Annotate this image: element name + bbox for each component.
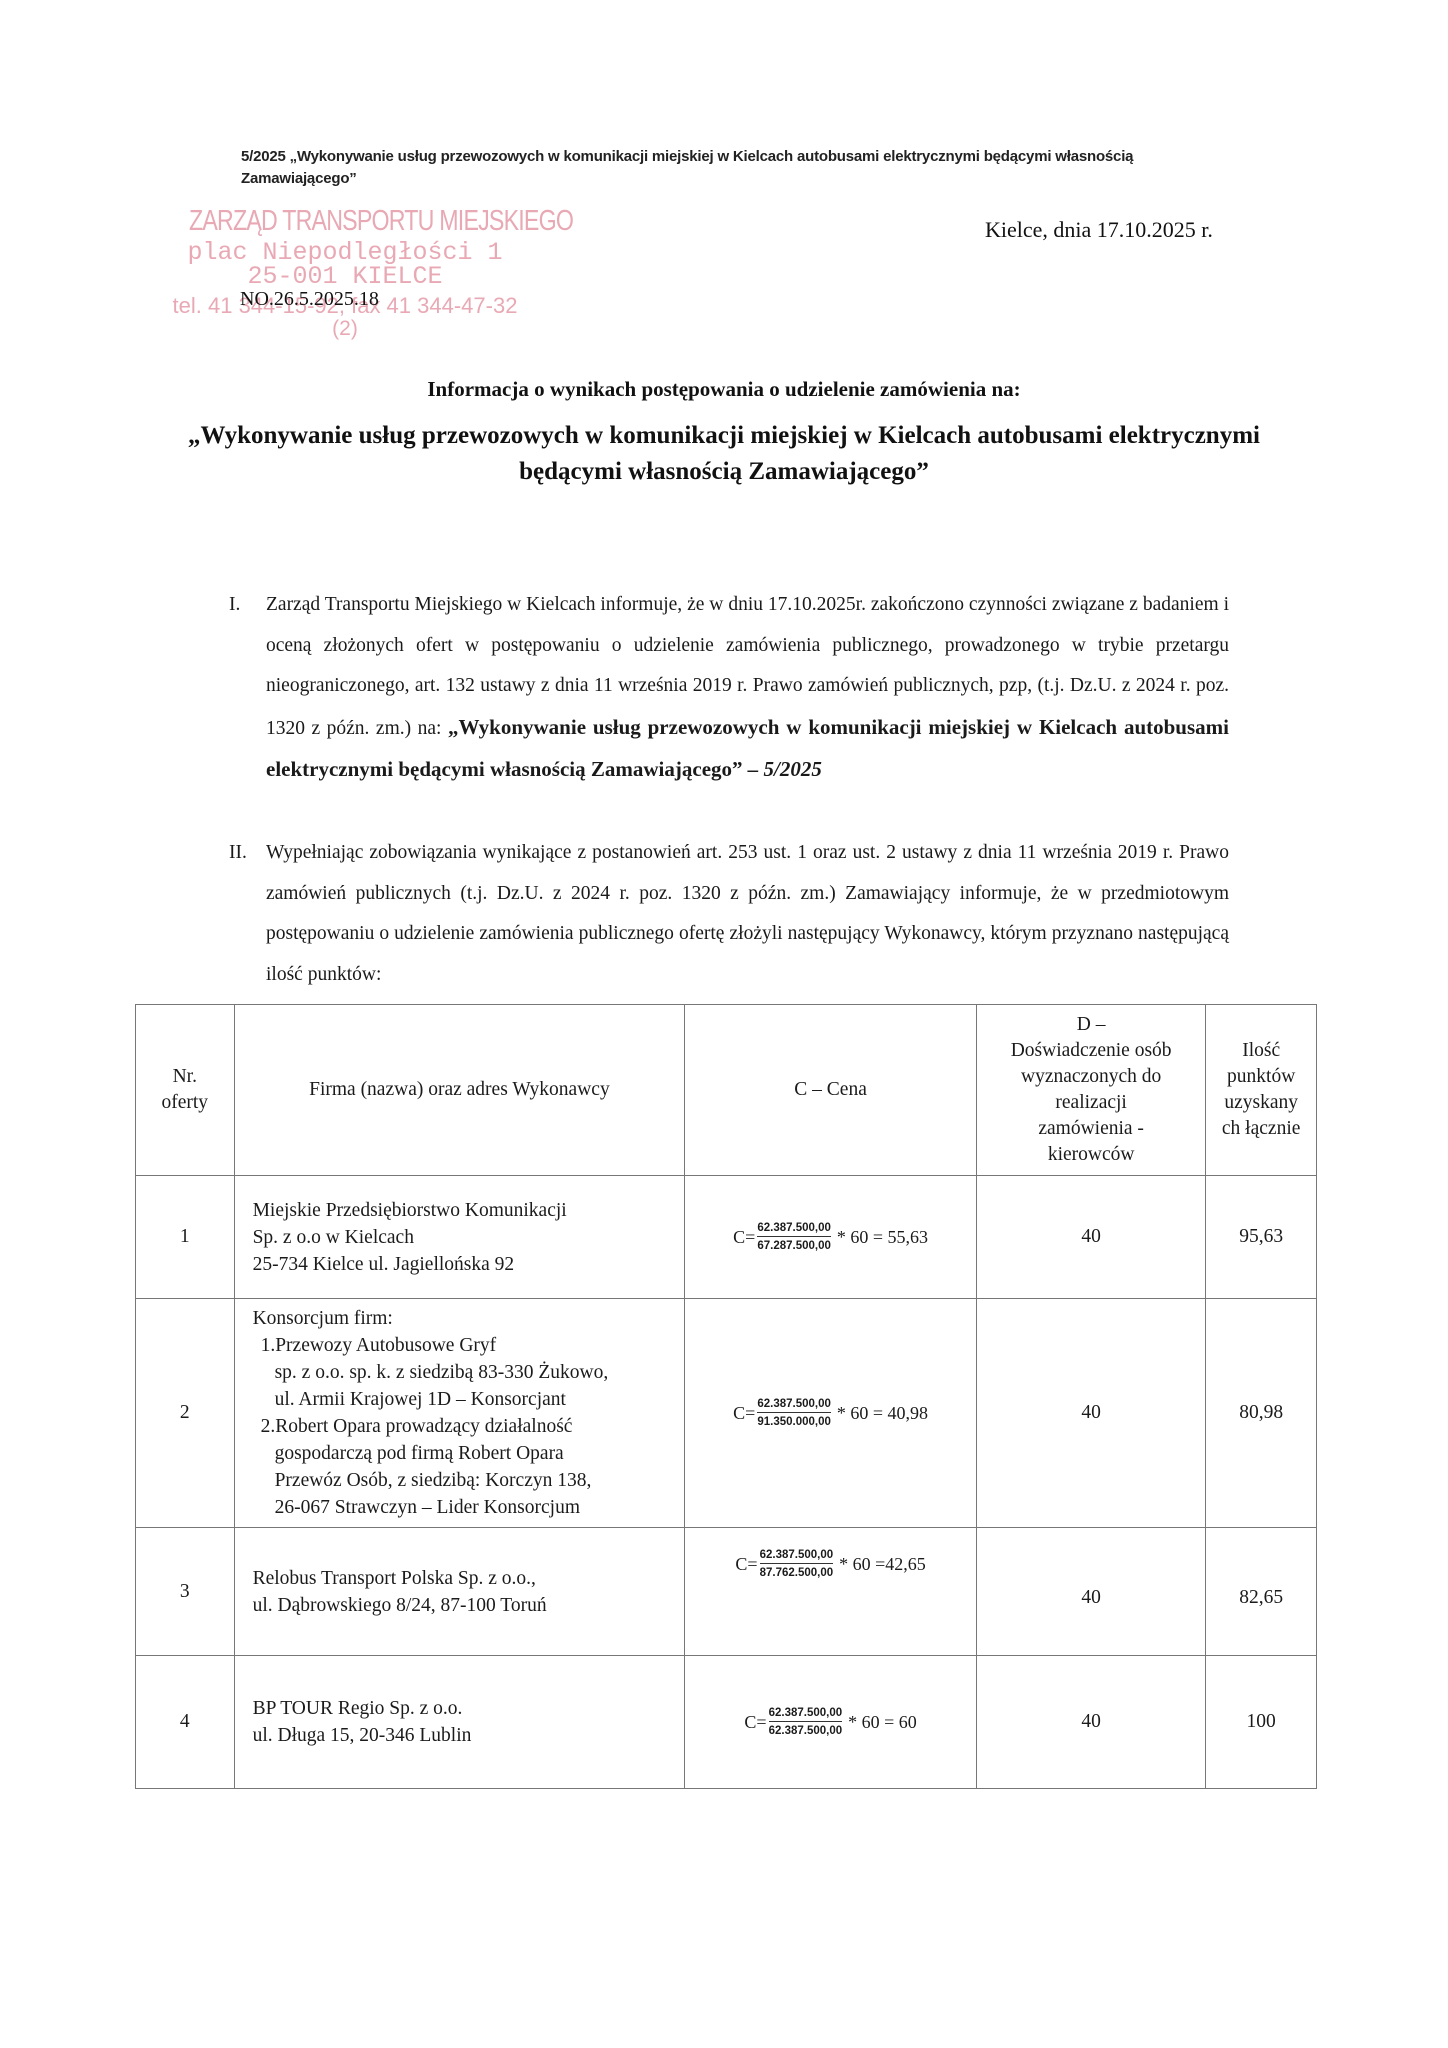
stamp-organization: ZARZĄD TRANSPORTU MIEJSKIEGO (189, 206, 501, 236)
header-price: C – Cena (685, 1005, 977, 1176)
table-row: 4BP TOUR Regio Sp. z o.o.ul. Długa 15, 2… (136, 1656, 1317, 1789)
sum-line: punktów (1210, 1064, 1312, 1090)
section-ii-number: II. (229, 833, 247, 874)
firm-line: sp. z o.o. sp. k. z siedzibą 83-330 Żuko… (253, 1359, 679, 1386)
d-line: wyznaczonych do (981, 1064, 1201, 1090)
price-fraction: 62.387.500,0091.350.000,00 (757, 1397, 831, 1429)
price-formula-cell: C=62.387.500,0091.350.000,00* 60 = 40,98 (685, 1299, 977, 1528)
firm-line: ul. Długa 15, 20-346 Lublin (253, 1722, 679, 1749)
price-formula: C=62.387.500,0062.387.500,00* 60 = 60 (744, 1706, 916, 1738)
case-number: NO.26.5.2025.18 (240, 288, 379, 311)
sum-line: Ilość (1210, 1038, 1312, 1064)
section-i-body: Zarząd Transportu Miejskiego w Kielcach … (266, 585, 1229, 792)
firm-line: ul. Armii Krajowej 1D – Konsorcjant (253, 1386, 679, 1413)
contract-title: „Wykonywanie usług przewozowych w komuni… (180, 418, 1268, 490)
results-table: Nr.oferty Firma (nazwa) oraz adres Wykon… (135, 1004, 1317, 1789)
table-row: 1Miejskie Przedsiębiorstwo KomunikacjiSp… (136, 1176, 1317, 1299)
firm-line: 1.Przewozy Autobusowe Gryf (253, 1332, 679, 1359)
price-fraction: 62.387.500,0087.762.500,00 (760, 1548, 834, 1580)
office-stamp: ZARZĄD TRANSPORTU MIEJSKIEGO plac Niepod… (150, 206, 540, 339)
header-experience: D –Doświadczenie osóbwyznaczonych doreal… (976, 1005, 1205, 1176)
firm-line: 2.Robert Opara prowadzący działalność (253, 1413, 679, 1440)
nr-line: Nr. (140, 1064, 230, 1090)
section-i-suffix: – 5/2025 (743, 757, 822, 781)
price-formula-cell: C=62.387.500,0067.287.500,00* 60 = 55,63 (685, 1176, 977, 1299)
price-formula: C=62.387.500,0091.350.000,00* 60 = 40,98 (733, 1397, 928, 1429)
firm-line: Przewóz Osób, z siedzibą: Korczyn 138, (253, 1467, 679, 1494)
reference-header: 5/2025 „Wykonywanie usług przewozowych w… (241, 146, 1231, 190)
firm-line: Miejskie Przedsiębiorstwo Komunikacji (253, 1197, 679, 1224)
firm-cell: Relobus Transport Polska Sp. z o.o.,ul. … (234, 1528, 685, 1656)
section-i: I. Zarząd Transportu Miejskiego w Kielca… (229, 585, 1229, 792)
total-points-cell: 100 (1206, 1656, 1317, 1789)
stamp-city: 25-001 KIELCE (150, 265, 540, 289)
d-line: zamówienia - (981, 1116, 1201, 1142)
firm-line: 26-067 Strawczyn – Lider Konsorcjum (253, 1494, 679, 1521)
nr-line: oferty (140, 1090, 230, 1116)
sum-line: uzyskany (1210, 1090, 1312, 1116)
offer-number-cell: 3 (136, 1528, 235, 1656)
firm-line: Konsorcjum firm: (253, 1305, 679, 1332)
price-formula-cell: C=62.387.500,0087.762.500,00* 60 =42,65 (685, 1528, 977, 1656)
experience-points-cell: 40 (976, 1656, 1205, 1789)
header-offer-number: Nr.oferty (136, 1005, 235, 1176)
total-points-cell: 95,63 (1206, 1176, 1317, 1299)
table-header-row: Nr.oferty Firma (nazwa) oraz adres Wykon… (136, 1005, 1317, 1176)
section-i-number: I. (229, 585, 240, 626)
firm-line: gospodarczą pod firmą Robert Opara (253, 1440, 679, 1467)
total-points-cell: 80,98 (1206, 1299, 1317, 1528)
header-total-points: Ilośćpunktówuzyskanych łącznie (1206, 1005, 1317, 1176)
d-line: realizacji (981, 1090, 1201, 1116)
price-fraction: 62.387.500,0062.387.500,00 (769, 1706, 843, 1738)
offer-number-cell: 2 (136, 1299, 235, 1528)
experience-points-cell: 40 (976, 1299, 1205, 1528)
stamp-number: (2) (150, 319, 540, 339)
price-formula-cell: C=62.387.500,0062.387.500,00* 60 = 60 (685, 1656, 977, 1789)
firm-cell: Konsorcjum firm:1.Przewozy Autobusowe Gr… (234, 1299, 685, 1528)
experience-points-cell: 40 (976, 1176, 1205, 1299)
firm-line: 25-734 Kielce ul. Jagiellońska 92 (253, 1251, 679, 1278)
total-points-cell: 82,65 (1206, 1528, 1317, 1656)
header-firm: Firma (nazwa) oraz adres Wykonawcy (234, 1005, 685, 1176)
price-formula: C=62.387.500,0067.287.500,00* 60 = 55,63 (733, 1221, 928, 1253)
price-fraction: 62.387.500,0067.287.500,00 (757, 1221, 831, 1253)
section-ii-body: Wypełniając zobowiązania wynikające z po… (266, 833, 1229, 995)
offer-number-cell: 1 (136, 1176, 235, 1299)
info-title: Informacja o wynikach postępowania o udz… (0, 377, 1448, 402)
firm-line: ul. Dąbrowskiego 8/24, 87-100 Toruń (253, 1592, 679, 1619)
firm-line: Sp. z o.o w Kielcach (253, 1224, 679, 1251)
firm-cell: BP TOUR Regio Sp. z o.o.ul. Długa 15, 20… (234, 1656, 685, 1789)
firm-cell: Miejskie Przedsiębiorstwo KomunikacjiSp.… (234, 1176, 685, 1299)
d-line: D – (981, 1012, 1201, 1038)
d-line: Doświadczenie osób (981, 1038, 1201, 1064)
section-ii: II. Wypełniając zobowiązania wynikające … (229, 833, 1229, 995)
offer-number-cell: 4 (136, 1656, 235, 1789)
firm-line: Relobus Transport Polska Sp. z o.o., (253, 1565, 679, 1592)
place-date: Kielce, dnia 17.10.2025 r. (985, 217, 1213, 243)
sum-line: ch łącznie (1210, 1116, 1312, 1142)
table-row: 3Relobus Transport Polska Sp. z o.o.,ul.… (136, 1528, 1317, 1656)
price-formula: C=62.387.500,0087.762.500,00* 60 =42,65 (735, 1548, 925, 1580)
table-row: 2Konsorcjum firm:1.Przewozy Autobusowe G… (136, 1299, 1317, 1528)
d-line: kierowców (981, 1142, 1201, 1168)
experience-points-cell: 40 (976, 1528, 1205, 1656)
firm-line: BP TOUR Regio Sp. z o.o. (253, 1695, 679, 1722)
